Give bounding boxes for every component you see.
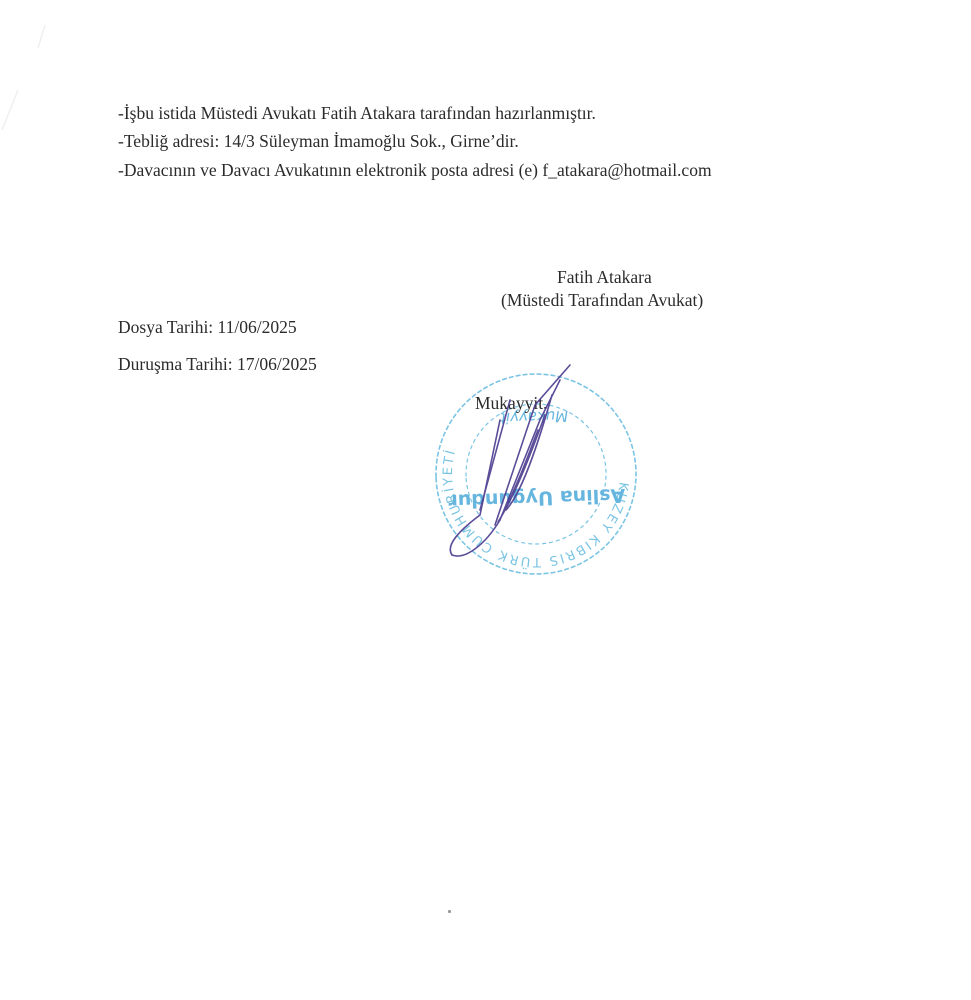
file-date: Dosya Tarihi: 11/06/2025 <box>118 317 297 338</box>
hearing-date: Duruşma Tarihi: 17/06/2025 <box>118 354 317 375</box>
document-page: -İşbu istida Müstedi Avukatı Fatih Ataka… <box>0 0 971 1000</box>
note-service-address: -Tebliğ adresi: 14/3 Süleyman İmamoğlu S… <box>118 131 519 152</box>
signatory-name: Fatih Atakara <box>557 267 652 288</box>
scan-artifact <box>0 0 60 140</box>
signatory-role: (Müstedi Tarafından Avukat) <box>501 290 703 311</box>
scan-speck <box>448 910 451 913</box>
note-email-address: -Davacının ve Davacı Avukatının elektron… <box>118 160 712 181</box>
handwritten-signature-icon <box>440 360 580 565</box>
note-prepared-by: -İşbu istida Müstedi Avukatı Fatih Ataka… <box>118 103 596 124</box>
